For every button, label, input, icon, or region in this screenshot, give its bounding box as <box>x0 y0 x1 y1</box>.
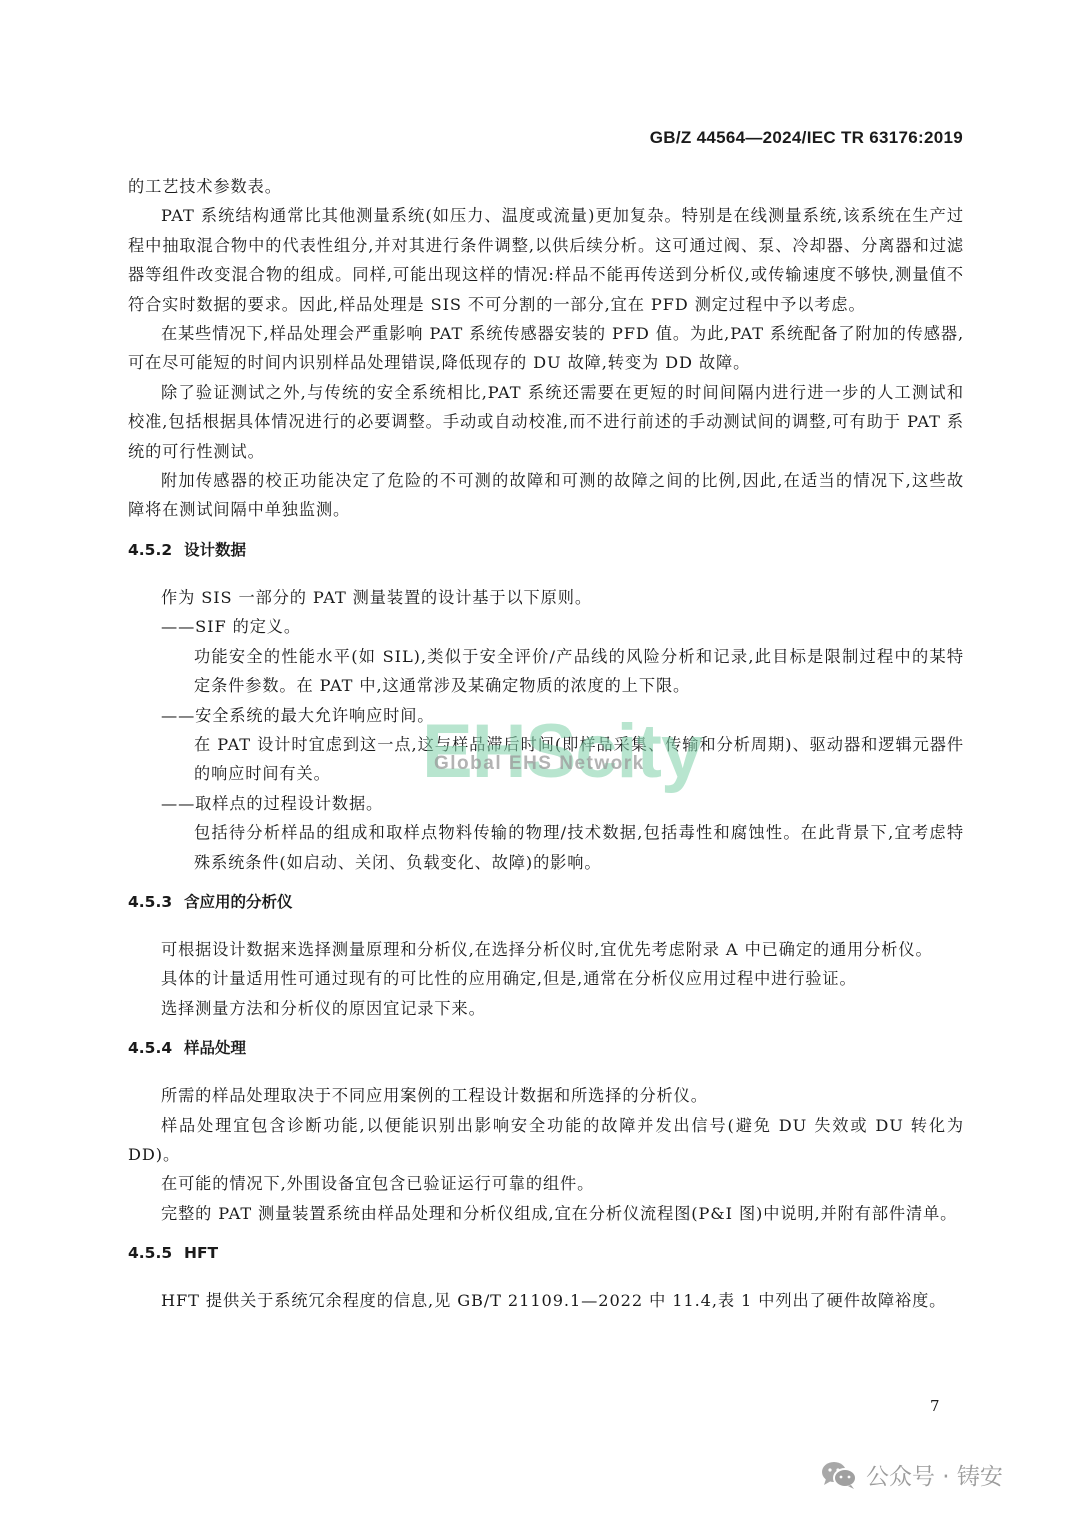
list-item-detail: 包括待分析样品的组成和取样点物料传输的物理/技术数据,包括毒性和腐蚀性。在此背景… <box>128 818 964 877</box>
section-number: 4.5.3 <box>128 888 184 917</box>
paragraph: 具体的计量适用性可通过现有的可比性的应用确定,但是,通常在分析仪应用过程中进行验… <box>128 964 964 993</box>
section-heading-4-5-3: 4.5.3含应用的分析仪 <box>128 888 964 917</box>
section-heading-4-5-2: 4.5.2设计数据 <box>128 536 964 565</box>
paragraph: 可根据设计数据来选择测量原理和分析仪,在选择分析仪时,宜优先考虑附录 A 中已确… <box>128 935 964 964</box>
section-heading-4-5-4: 4.5.4样品处理 <box>128 1034 964 1063</box>
paragraph: 完整的 PAT 测量装置系统由样品处理和分析仪组成,宜在分析仪流程图(P&I 图… <box>128 1199 964 1228</box>
paragraph: 作为 SIS 一部分的 PAT 测量装置的设计基于以下原则。 <box>128 583 964 612</box>
wechat-icon <box>820 1460 858 1490</box>
paragraph: 除了验证测试之外,与传统的安全系统相比,PAT 系统还需要在更短的时间间隔内进行… <box>128 378 964 466</box>
list-item-detail: 在 PAT 设计时宜虑到这一点,这与样品滞后时间(即样品采集、传输和分析周期)、… <box>128 730 964 789</box>
paragraph: PAT 系统结构通常比其他测量系统(如压力、温度或流量)更加复杂。特别是在线测量… <box>128 201 964 319</box>
paragraph: 附加传感器的校正功能决定了危险的不可测的故障和可测的故障之间的比例,因此,在适当… <box>128 466 964 525</box>
section-title: 含应用的分析仪 <box>184 893 293 911</box>
list-item-dash: ——取样点的过程设计数据。 <box>128 789 964 818</box>
section-number: 4.5.4 <box>128 1034 184 1063</box>
page-number: 7 <box>930 1397 940 1415</box>
document-body: 的工艺技术参数表。 PAT 系统结构通常比其他测量系统(如压力、温度或流量)更加… <box>128 172 964 1316</box>
account-name: 公众号 · 铸安 <box>866 1458 1003 1491</box>
list-item-dash: ——SIF 的定义。 <box>128 612 964 641</box>
section-title: 样品处理 <box>184 1039 246 1057</box>
paragraph: HFT 提供关于系统冗余程度的信息,见 GB/T 21109.1—2022 中 … <box>128 1286 964 1315</box>
section-heading-4-5-5: 4.5.5HFT <box>128 1239 964 1268</box>
paragraph: 样品处理宜包含诊断功能,以便能识别出影响安全功能的故障并发出信号(避免 DU 失… <box>128 1111 964 1170</box>
section-number: 4.5.2 <box>128 536 184 565</box>
section-title: 设计数据 <box>184 541 246 559</box>
list-item-detail: 功能安全的性能水平(如 SIL),类似于安全评价/产品线的风险分析和记录,此目标… <box>128 642 964 701</box>
paragraph: 在某些情况下,样品处理会严重影响 PAT 系统传感器安装的 PFD 值。为此,P… <box>128 319 964 378</box>
paragraph-continuation: 的工艺技术参数表。 <box>128 172 964 201</box>
section-title: HFT <box>184 1244 218 1262</box>
section-number: 4.5.5 <box>128 1239 184 1268</box>
wechat-account-footer: 公众号 · 铸安 <box>820 1458 1003 1491</box>
paragraph: 在可能的情况下,外围设备宜包含已验证运行可靠的组件。 <box>128 1169 964 1198</box>
paragraph: 选择测量方法和分析仪的原因宜记录下来。 <box>128 994 964 1023</box>
list-item-dash: ——安全系统的最大允许响应时间。 <box>128 701 964 730</box>
standard-id-header: GB/Z 44564—2024/IEC TR 63176:2019 <box>650 128 963 148</box>
paragraph: 所需的样品处理取决于不同应用案例的工程设计数据和所选择的分析仪。 <box>128 1081 964 1110</box>
